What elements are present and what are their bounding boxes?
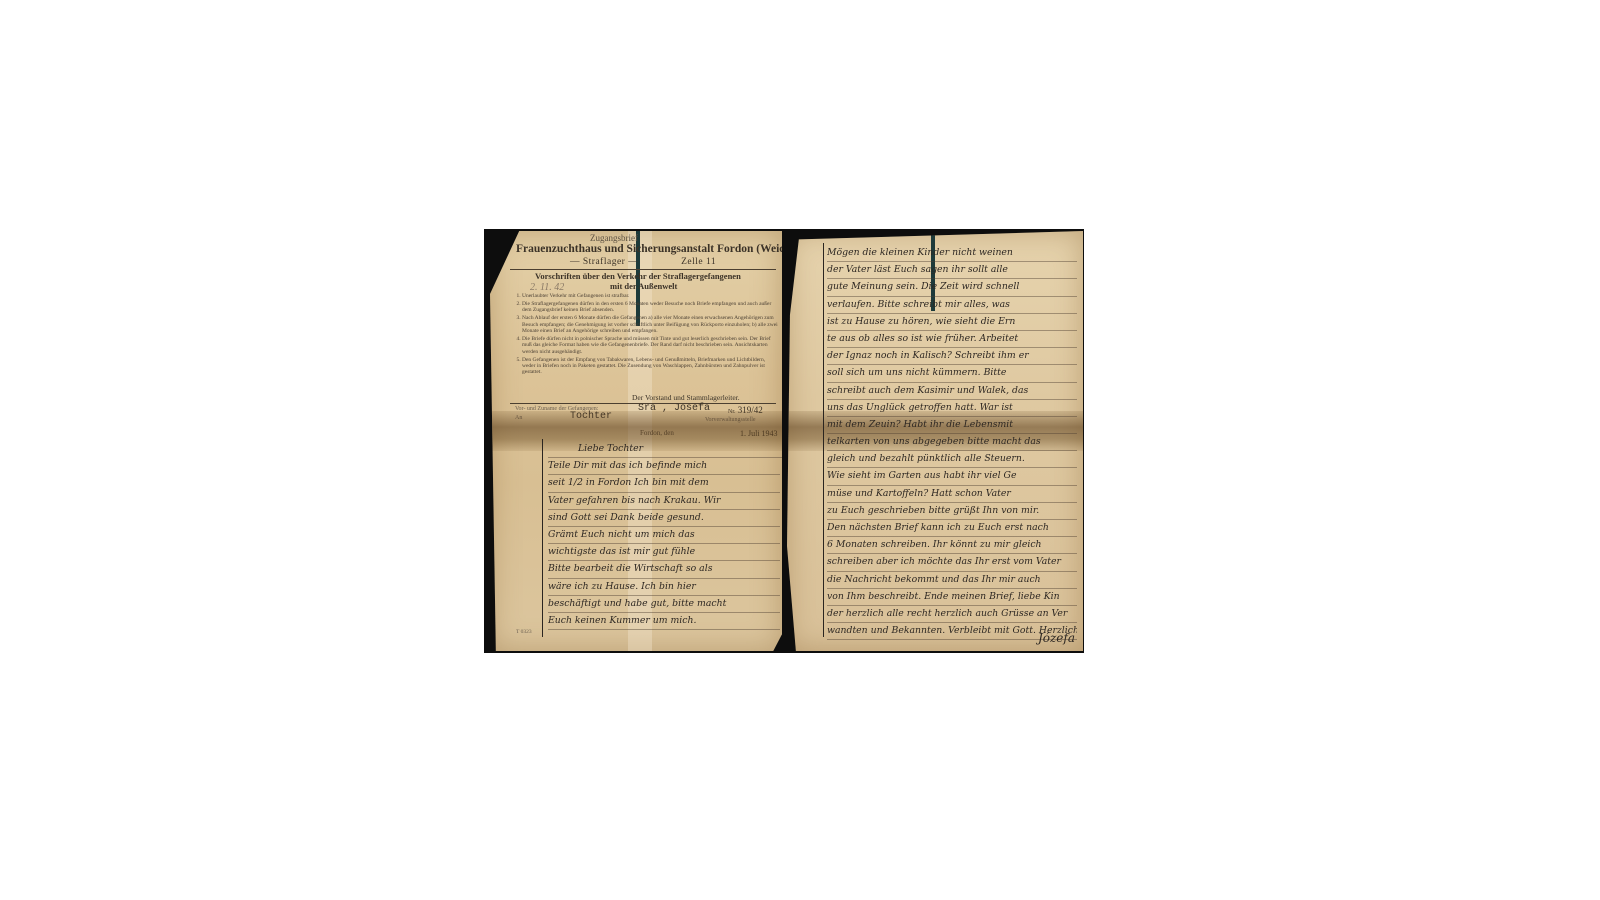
handwritten-line: schreibt auch dem Kasimir und Walek, das bbox=[827, 383, 1077, 400]
handwritten-line: zu Euch geschrieben bitte grüßt Ihn von … bbox=[827, 503, 1077, 520]
handwritten-line: Wie sieht im Garten aus habt ihr viel Ge bbox=[827, 468, 1077, 485]
letter-page-right: Mögen die kleinen Kinder nicht weinen de… bbox=[787, 231, 1083, 651]
handwritten-line: Bitte bearbeit die Wirtschaft so als bbox=[548, 561, 780, 578]
handwritten-line: wichtigste das ist mir gut fühle bbox=[548, 544, 780, 561]
handwritten-line: gute Meinung sein. Die Zeit wird schnell bbox=[827, 279, 1077, 296]
header-label: Zugangsbrief bbox=[590, 233, 638, 243]
recipient-label: An bbox=[515, 415, 522, 421]
rule-item: Nach Ablauf der ersten 6 Monate dürfen d… bbox=[522, 315, 778, 334]
camp-cell-line: — Straflager — Zelle 11 bbox=[570, 257, 716, 267]
camp-label: — Straflager — bbox=[570, 257, 638, 267]
handwritten-line: der herzlich alle recht herzlich auch Gr… bbox=[827, 606, 1077, 623]
letter-page-left: Zugangsbrief Frauenzuchthaus und Sicheru… bbox=[490, 231, 782, 651]
rule-item: Die Straflagergefangenen dürfen in den e… bbox=[522, 301, 778, 314]
handwritten-text-right: Mögen die kleinen Kinder nicht weinen de… bbox=[827, 245, 1077, 640]
handwritten-line: Teile Dir mit das ich befinde mich bbox=[548, 458, 780, 475]
handwritten-line: verlaufen. Bitte schreibt mir alles, was bbox=[827, 297, 1077, 314]
handwritten-line: der Vater läst Euch sagen ihr sollt alle bbox=[827, 262, 1077, 279]
handwritten-line: schreiben aber ich möchte das Ihr erst v… bbox=[827, 554, 1077, 571]
rules-title-2: mit der Außenwelt bbox=[610, 281, 677, 291]
handwritten-line: beschäftigt und habe gut, bitte macht bbox=[548, 596, 780, 613]
place-label: Fordon, den bbox=[640, 429, 674, 437]
margin-line bbox=[542, 439, 543, 637]
rule-item: Die Briefe dürfen nicht in polnischer Sp… bbox=[522, 336, 778, 355]
prisoner-name: Sra , Josefa bbox=[638, 403, 710, 414]
handwritten-line: Grämt Euch nicht um mich das bbox=[548, 527, 780, 544]
handwritten-line: Euch keinen Kummer um mich. bbox=[548, 613, 780, 630]
handwritten-date: 2. 11. 42 bbox=[530, 282, 564, 293]
handwritten-line: sind Gott sei Dank beide gesund. bbox=[548, 510, 780, 527]
handwritten-line: wäre ich zu Hause. Ich bin hier bbox=[548, 579, 780, 596]
handwritten-line: Mögen die kleinen Kinder nicht weinen bbox=[827, 245, 1077, 262]
handwritten-line: Vater gefahren bis nach Krakau. Wir bbox=[548, 493, 780, 510]
signature: Józefa bbox=[1038, 631, 1075, 645]
handwritten-line: gleich und bezahlt pünktlich alle Steuer… bbox=[827, 451, 1077, 468]
handwritten-line: telkarten von uns abgegeben bitte macht … bbox=[827, 434, 1077, 451]
handwritten-line: müse und Kartoffeln? Hatt schon Vater bbox=[827, 486, 1077, 503]
number-value: 319/42 bbox=[738, 405, 763, 415]
prisoner-number: Nr. 319/42 bbox=[728, 405, 763, 415]
handwritten-line: seit 1/2 in Fordon Ich bin mit dem bbox=[548, 475, 780, 492]
handwritten-line: te aus ob alles so ist wie früher. Arbei… bbox=[827, 331, 1077, 348]
handwritten-text-left: Liebe Tochter Teile Dir mit das ich befi… bbox=[548, 441, 782, 630]
institution-title: Frauenzuchthaus und Sicherungsanstalt Fo… bbox=[516, 243, 782, 255]
administration-label: Vorverwaltungsstelle bbox=[705, 417, 756, 423]
cell-label: Zelle 11 bbox=[681, 257, 716, 267]
rule-item: Unerlaubter Verkehr mit Gefangenen ist s… bbox=[522, 293, 778, 299]
rule-item: Den Gefangenen ist der Empfang von Tabak… bbox=[522, 357, 778, 376]
letter-photograph: Zugangsbrief Frauenzuchthaus und Sicheru… bbox=[484, 229, 1084, 653]
handwritten-line: soll sich um uns nicht kümmern. Bitte bbox=[827, 365, 1077, 382]
salutation: Liebe Tochter bbox=[548, 441, 782, 458]
form-code: T 0323 bbox=[516, 629, 532, 635]
header-rule bbox=[510, 269, 776, 270]
handwritten-line: Den nächsten Brief kann ich zu Euch erst… bbox=[827, 520, 1077, 537]
handwritten-line: ist zu Hause zu hören, wie sieht die Ern bbox=[827, 314, 1077, 331]
letter-date: 1. Juli 1943 bbox=[740, 429, 778, 438]
rules-title: Vorschriften über den Verkehr der Strafl… bbox=[535, 271, 741, 281]
handwritten-line: uns das Unglück getroffen hatt. War ist bbox=[827, 400, 1077, 417]
number-label: Nr. bbox=[728, 409, 736, 415]
rules-list: Unerlaubter Verkehr mit Gefangenen ist s… bbox=[508, 293, 778, 377]
signer-line: Der Vorstand und Stammlagerleiter. bbox=[632, 393, 740, 402]
margin-line bbox=[823, 243, 824, 637]
handwritten-line: der Ignaz noch in Kalisch? Schreibt ihm … bbox=[827, 348, 1077, 365]
handwritten-line: mit dem Zeuin? Habt ihr die Lebensmit bbox=[827, 417, 1077, 434]
handwritten-line: 6 Monaten schreiben. Ihr könnt zu mir gl… bbox=[827, 537, 1077, 554]
handwritten-line: von Ihm beschreibt. Ende meinen Brief, l… bbox=[827, 589, 1077, 606]
recipient-value: Tochter bbox=[570, 411, 612, 422]
handwritten-line: die Nachricht bekommt und das Ihr mir au… bbox=[827, 572, 1077, 589]
